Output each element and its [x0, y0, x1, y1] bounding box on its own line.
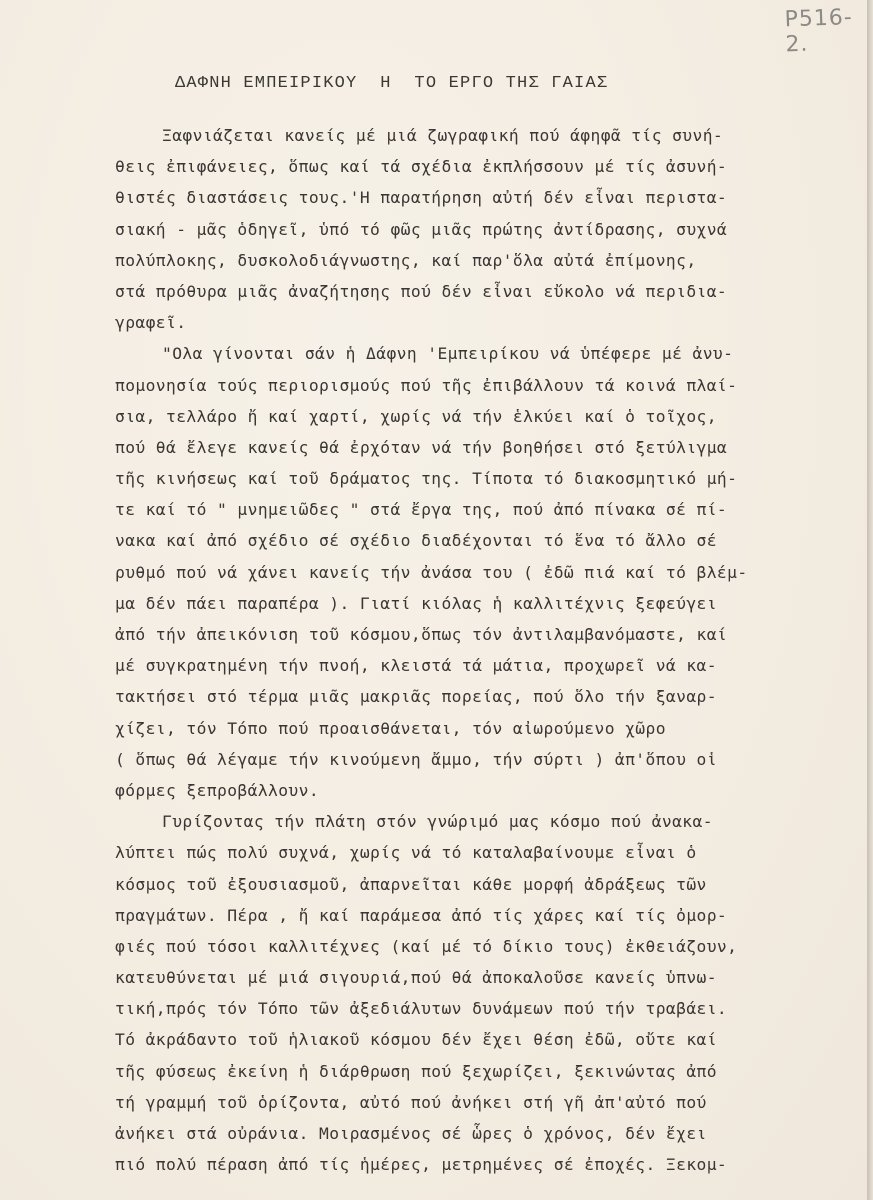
pencil-annotation: P516- 2. — [784, 5, 868, 58]
document-body: Ξαφνιάζεται κανείς μέ μιά ζωγραφική πού … — [115, 120, 795, 1180]
text-line: κατευθύνεται μέ μιά σιγουριά,πού θά ἀποκ… — [115, 962, 795, 993]
text-line: Τό ἀκράδαντο τοῦ ἡλιακοῦ κόσμου δέν ἔχει… — [115, 1024, 795, 1055]
text-line: τῆς φύσεως ἐκείνη ἡ διάρθρωση πού ξεχωρί… — [115, 1056, 795, 1087]
text-line: Γυρίζοντας τήν πλάτη στόν γνώριμό μας κό… — [115, 806, 795, 837]
text-line: πομονησία τούς περιορισμούς πού τῆς ἐπιβ… — [115, 370, 795, 401]
document-title: ΔΑΦΝΗ ΕΜΠΕΙΡΙΚΟΥ Η ΤΟ ΕΡΓΟ ΤΗΣ ΓΑΙΑΣ — [175, 74, 608, 93]
text-line: ἀπό τήν ἀπεικόνιση τοῦ κόσμου,ὅπως τόν ἀ… — [115, 619, 795, 650]
text-line: γραφεῖ. — [115, 307, 795, 338]
text-line: τική,πρός τόν Τόπο τῶν ἀξεδιάλυτων δυνάμ… — [115, 993, 795, 1024]
text-line: "Ολα γίνονται σάν ἡ Δάφνη 'Εμπειρίκου νά… — [115, 338, 795, 369]
text-line: πολύπλοκης, δυσκολοδιάγνωστης, καί παρ'ὅ… — [115, 245, 795, 276]
text-line: σιακή - μᾶς ὁδηγεῖ, ὑπό τό φῶς μιᾶς πρώτ… — [115, 214, 795, 245]
text-line: μα δέν πάει παραπέρα ). Γιατί κιόλας ἡ κ… — [115, 588, 795, 619]
text-line: ( ὅπως θά λέγαμε τήν κινούμενη ἄμμο, τήν… — [115, 744, 795, 775]
text-line: θιστές διαστάσεις τους.'Η παρατήρηση αὐτ… — [115, 182, 795, 213]
text-line: ἀνήκει στά οὐράνια. Μοιρασμένος σέ ὧρες … — [115, 1118, 795, 1149]
paper-edge — [867, 0, 873, 1200]
text-line: πιό πολύ πέραση ἀπό τίς ἡμέρες, μετρημέν… — [115, 1149, 795, 1180]
text-line: λύπτει πώς πολύ συχνά, χωρίς νά τό καταλ… — [115, 837, 795, 868]
typewritten-page: P516- 2. ΔΑΦΝΗ ΕΜΠΕΙΡΙΚΟΥ Η ΤΟ ΕΡΓΟ ΤΗΣ … — [0, 0, 867, 1200]
text-line: κόσμος τοῦ ἐξουσιασμοῦ, ἀπαρνεῖται κάθε … — [115, 869, 795, 900]
text-line: τῆς κινήσεως καί τοῦ δράματος της. Τίποτ… — [115, 463, 795, 494]
text-line: πού θά ἔλεγε κανείς θά ἐρχόταν νά τήν βο… — [115, 432, 795, 463]
text-line: σια, τελλάρο ἤ καί χαρτί, χωρίς νά τήν ἑ… — [115, 401, 795, 432]
text-line: θεις ἐπιφάνειες, ὅπως καί τά σχέδια ἐκπλ… — [115, 151, 795, 182]
text-line: πραγμάτων. Πέρα , ἤ καί παράμεσα ἀπό τίς… — [115, 900, 795, 931]
text-line: χίζει, τόν Τόπο πού προαισθάνεται, τόν α… — [115, 713, 795, 744]
text-line: μέ συγκρατημένη τήν πνοή, κλειστά τά μάτ… — [115, 650, 795, 681]
text-line: φιές πού τόσοι καλλιτέχνες (καί μέ τό δί… — [115, 931, 795, 962]
text-line: νακα καί ἀπό σχέδιο σέ σχέδιο διαδέχοντα… — [115, 525, 795, 556]
text-line: στά πρόθυρα μιᾶς ἀναζήτησης πού δέν εἶνα… — [115, 276, 795, 307]
text-line: Ξαφνιάζεται κανείς μέ μιά ζωγραφική πού … — [115, 120, 795, 151]
text-line: φόρμες ξεπροβάλλουν. — [115, 775, 795, 806]
text-line: τε καί τό " μνημειῶδες " στά ἔργα της, π… — [115, 494, 795, 525]
text-line: τακτήσει στό τέρμα μιᾶς μακριᾶς πορείας,… — [115, 681, 795, 712]
text-line: ρυθμό πού νά χάνει κανείς τήν ἀνάσα του … — [115, 557, 795, 588]
text-line: τή γραμμή τοῦ ὁρίζοντα, αὐτό πού ἀνήκει … — [115, 1087, 795, 1118]
